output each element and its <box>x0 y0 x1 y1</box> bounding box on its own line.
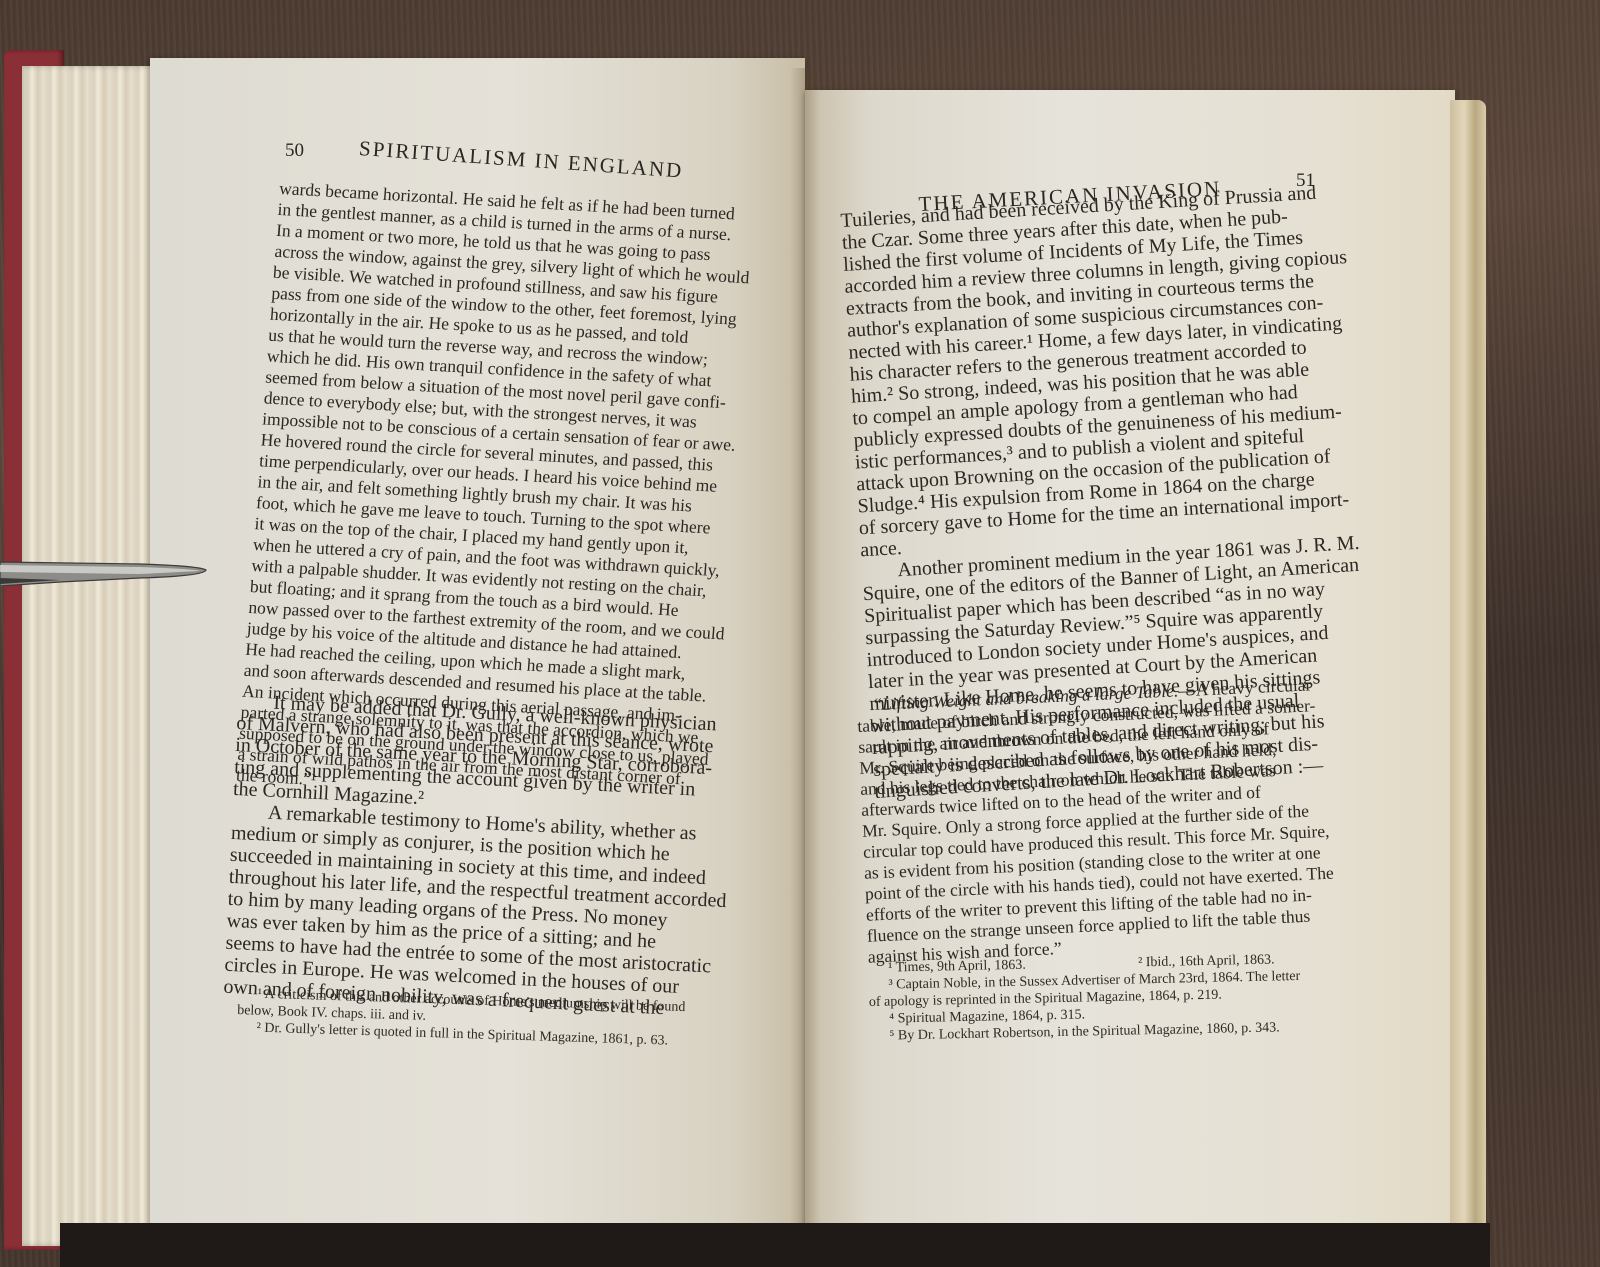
metal-bookmark-clip <box>0 556 210 586</box>
right-page-quote-block: “Lifting Weight and breaking a large Tab… <box>856 671 1393 968</box>
left-page-edges <box>22 66 162 1246</box>
book-gutter <box>790 68 820 1238</box>
right-page-edges <box>1450 100 1486 1240</box>
footnote: ² Ibid., 16th April, 1863. <box>1138 952 1275 970</box>
book-bottom-edge <box>60 1223 1490 1267</box>
left-page-number: 50 <box>285 140 304 162</box>
right-page-footnotes: ¹ Times, 9th April, 1863.² Ibid., 16th A… <box>868 949 1400 1045</box>
left-page-body: It may be added that Dr. Gully, a well-k… <box>223 690 767 1024</box>
